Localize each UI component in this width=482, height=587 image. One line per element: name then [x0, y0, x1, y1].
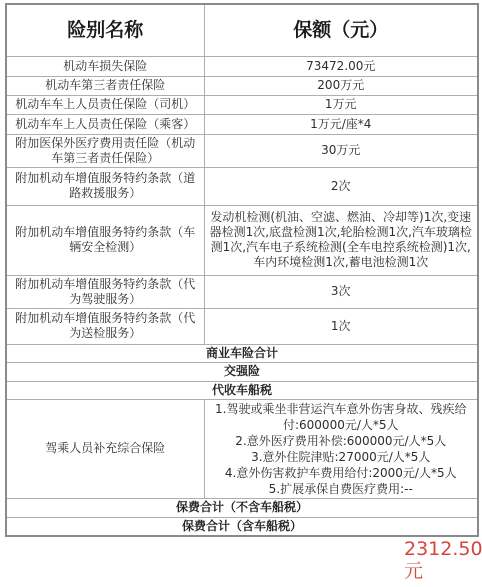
row-name: 机动车车上人员责任保险（乘客）: [6, 114, 204, 134]
table-row: 附加机动车增值服务特约条款（代为送检服务） 1次: [6, 308, 478, 344]
table-row: 机动车车上人员责任保险（司机） 1万元: [6, 95, 478, 114]
table-row-supplementary-insurance: 驾乘人员补充综合保险 1.驾驶或乘坐非营运汽车意外伤害身故、残疾给付:60000…: [6, 399, 478, 498]
row-value: 1次: [204, 308, 478, 344]
row-value: 1万元: [204, 95, 478, 114]
benefit-item: 1.驾驶或乘坐非营运汽车意外伤害身故、残疾给付:600000元/人*5人: [208, 401, 475, 433]
header-risk-name: 险别名称: [6, 4, 204, 56]
row-value: 1万元/座*4: [204, 114, 478, 134]
table-row: 附加机动车增值服务特约条款（道路救援服务） 2次: [6, 167, 478, 205]
row-name: 附加机动车增值服务特约条款（道路救援服务）: [6, 167, 204, 205]
row-name: 附加医保外医疗费用责任险（机动车第三者责任保险）: [6, 134, 204, 167]
table-row: 机动车第三者责任保险 200万元: [6, 76, 478, 95]
insurance-coverage-table: 险别名称 保额（元） 机动车损失保险 73472.00元 机动车第三者责任保险 …: [5, 3, 479, 537]
table-row: 机动车车上人员责任保险（乘客） 1万元/座*4: [6, 114, 478, 134]
footer-label: 保费合计（含车船税）: [6, 517, 478, 536]
insurance-quote-sheet: 险别名称 保额（元） 机动车损失保险 73472.00元 机动车第三者责任保险 …: [0, 0, 482, 587]
row-name: 附加机动车增值服务特约条款（代为驾驶服务）: [6, 275, 204, 308]
header-coverage-amount: 保额（元）: [204, 4, 478, 56]
row-name: 机动车损失保险: [6, 56, 204, 76]
summary-label: 交强险: [6, 362, 478, 381]
premium-total-unit: 元: [404, 560, 479, 582]
benefit-item: 3.意外住院津贴:27000元/人*5人: [208, 449, 475, 465]
table-row: 附加机动车增值服务特约条款（车辆安全检测） 发动机检测(机油、空滤、燃油、冷却等…: [6, 205, 478, 275]
footer-row-premium-total-incl-tax: 保费合计（含车船税）: [6, 517, 478, 536]
footer-row-premium-total-excl-tax: 保费合计（不含车船税）: [6, 498, 478, 517]
row-value: 200万元: [204, 76, 478, 95]
table-header-row: 险别名称 保额（元）: [6, 4, 478, 56]
summary-label: 代收车船税: [6, 381, 478, 399]
row-name: 驾乘人员补充综合保险: [6, 399, 204, 498]
table-row: 附加机动车增值服务特约条款（代为驾驶服务） 3次: [6, 275, 478, 308]
benefit-item: 4.意外伤害救护车费用给付:2000元/人*5人: [208, 465, 475, 481]
summary-row-vehicle-tax: 代收车船税: [6, 381, 478, 399]
row-value-list: 1.驾驶或乘坐非营运汽车意外伤害身故、残疾给付:600000元/人*5人 2.意…: [204, 399, 478, 498]
row-name: 机动车车上人员责任保险（司机）: [6, 95, 204, 114]
table-row: 附加医保外医疗费用责任险（机动车第三者责任保险） 30万元: [6, 134, 478, 167]
benefit-item: 5.扩展承保自费医疗费用:--: [208, 481, 475, 497]
row-name: 附加机动车增值服务特约条款（车辆安全检测）: [6, 205, 204, 275]
row-value: 发动机检测(机油、空滤、燃油、冷却等)1次,变速器检测1次,底盘检测1次,轮胎检…: [204, 205, 478, 275]
footer-label: 保费合计（不含车船税）: [6, 498, 478, 517]
premium-total-amount: 2312.50 元: [404, 538, 479, 582]
premium-total-value: 2312.50: [404, 538, 479, 560]
summary-label: 商业车险合计: [6, 344, 478, 362]
summary-row-commercial-total: 商业车险合计: [6, 344, 478, 362]
summary-row-compulsory-insurance: 交强险: [6, 362, 478, 381]
row-value: 73472.00元: [204, 56, 478, 76]
table-row: 机动车损失保险 73472.00元: [6, 56, 478, 76]
benefit-item: 2.意外医疗费用补偿:600000元/人*5人: [208, 433, 475, 449]
row-value: 2次: [204, 167, 478, 205]
row-value: 3次: [204, 275, 478, 308]
row-value: 30万元: [204, 134, 478, 167]
row-name: 附加机动车增值服务特约条款（代为送检服务）: [6, 308, 204, 344]
row-name: 机动车第三者责任保险: [6, 76, 204, 95]
